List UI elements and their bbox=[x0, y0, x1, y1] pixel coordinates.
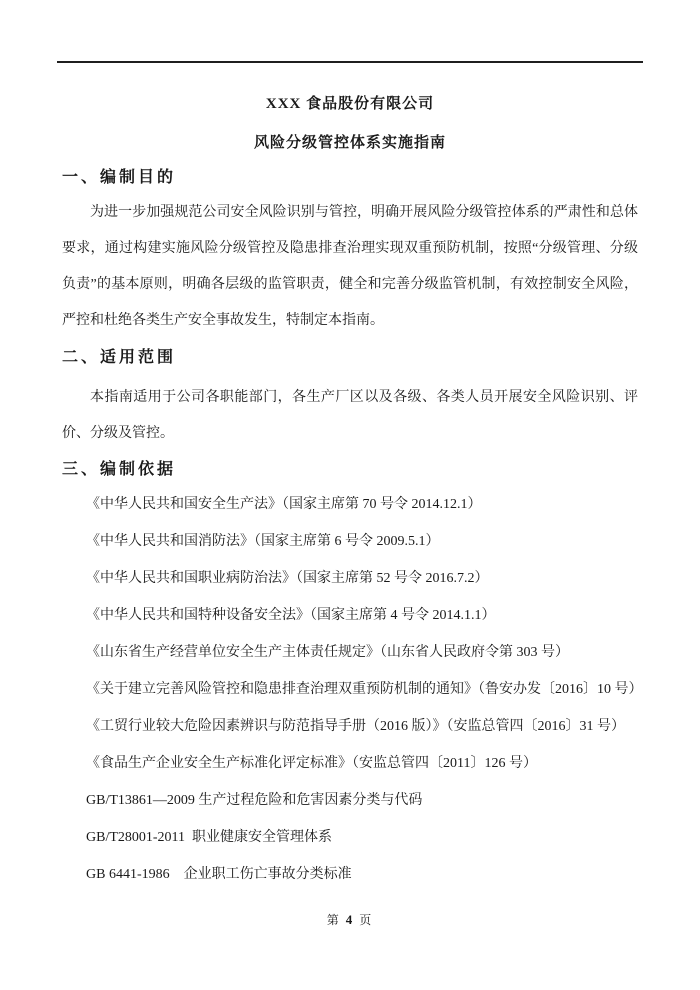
reference-item: 《工贸行业较大危险因素辨识与防范指导手册（2016 版）》（安监总管四〔2016… bbox=[62, 708, 638, 745]
reference-item: 《中华人民共和国特种设备安全法》（国家主席第 4 号令 2014.1.1） bbox=[62, 597, 638, 634]
section-heading-purpose: 一、编制目的 bbox=[62, 168, 638, 188]
doc-title: XXX 食品股份有限公司 bbox=[62, 96, 638, 112]
doc-subtitle: 风险分级管控体系实施指南 bbox=[62, 135, 638, 151]
paragraph-scope: 本指南适用于公司各职能部门，各生产厂区以及各级、各类人员开展安全风险识别、评价、… bbox=[62, 380, 638, 452]
footer-prefix: 第 bbox=[327, 913, 341, 927]
footer-suffix: 页 bbox=[359, 913, 373, 927]
reference-item: 《中华人民共和国消防法》（国家主席第 6 号令 2009.5.1） bbox=[62, 523, 638, 560]
reference-item: 《中华人民共和国职业病防治法》（国家主席第 52 号令 2016.7.2） bbox=[62, 560, 638, 597]
page-footer: 第 4 页 bbox=[0, 911, 700, 928]
reference-item: GB 6441-1986 企业职工伤亡事故分类标准 bbox=[62, 856, 638, 893]
document-page: XXX 食品股份有限公司 风险分级管控体系实施指南 一、编制目的 为进一步加强规… bbox=[0, 0, 700, 990]
page-number: 4 bbox=[346, 912, 355, 927]
reference-item: 《关于建立完善风险管控和隐患排查治理双重预防机制的通知》（鲁安办发〔2016〕1… bbox=[62, 671, 638, 708]
header-rule bbox=[57, 61, 643, 63]
page-content: XXX 食品股份有限公司 风险分级管控体系实施指南 一、编制目的 为进一步加强规… bbox=[0, 0, 700, 893]
reference-item: 《食品生产企业安全生产标准化评定标准》（安监总管四〔2011〕126 号） bbox=[62, 745, 638, 782]
section-heading-basis: 三、编制依据 bbox=[62, 460, 638, 480]
reference-item: 《山东省生产经营单位安全生产主体责任规定》（山东省人民政府令第 303 号） bbox=[62, 634, 638, 671]
section-heading-scope: 二、适用范围 bbox=[62, 348, 638, 368]
reference-item: GB/T13861—2009 生产过程危险和危害因素分类与代码 bbox=[62, 782, 638, 819]
reference-list: 《中华人民共和国安全生产法》（国家主席第 70 号令 2014.12.1） 《中… bbox=[62, 486, 638, 893]
reference-item: 《中华人民共和国安全生产法》（国家主席第 70 号令 2014.12.1） bbox=[62, 486, 638, 523]
paragraph-purpose: 为进一步加强规范公司安全风险识别与管控，明确开展风险分级管控体系的严肃性和总体要… bbox=[62, 195, 638, 339]
reference-item: GB/T28001-2011 职业健康安全管理体系 bbox=[62, 819, 638, 856]
